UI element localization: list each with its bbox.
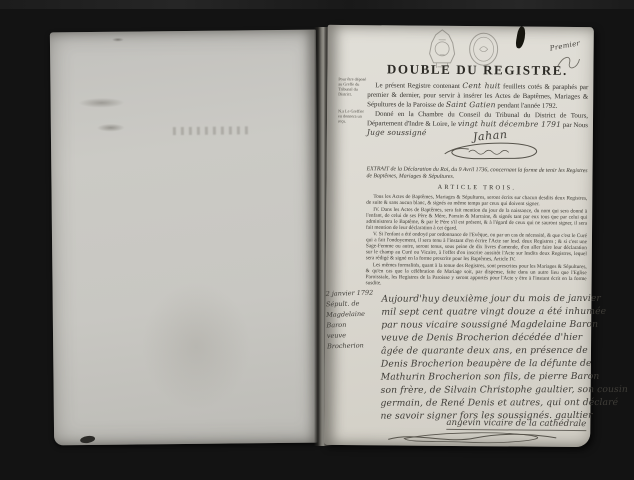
- ink-showthrough: [173, 126, 251, 135]
- margin-note-greffe: Pour être déposé au Greffe du Tribunal d…: [338, 77, 367, 97]
- margin-line: Brocherion: [327, 340, 382, 352]
- scan-top-edge: [0, 0, 634, 9]
- printed-text: Le présent Registre contenant: [375, 81, 462, 89]
- entry-line: germain, de René Denis et autres, qui on…: [381, 397, 619, 409]
- article-paragraph: Tous les Actes de Baptêmes, Mariages & S…: [366, 194, 587, 208]
- printed-text: par Nous: [561, 121, 588, 129]
- article-paragraph: IV. Dans les Actes de Baptêmes, sera fai…: [366, 207, 587, 233]
- folio-annotation: Premier: [549, 39, 581, 52]
- entry-line: par nous vicaire soussigné Magdelaine Ba…: [381, 319, 598, 331]
- paper-stain: [112, 38, 124, 42]
- preamble-paragraph-1: Le présent Registre contenant Cent huit …: [367, 80, 588, 110]
- register-scan: Premier DOUBLE DU REGISTRE. Pour être dé…: [0, 0, 634, 480]
- extrait-heading: EXTRAIT de la Déclaration du Roi, du 9 A…: [366, 165, 587, 181]
- extrait-block: EXTRAIT de la Déclaration du Roi, du 9 A…: [366, 165, 588, 289]
- handwritten-judge-title: Juge soussigné: [367, 128, 427, 138]
- signature-flourish-icon: [384, 429, 562, 449]
- entry-line: Denis Brocherion beaupère de la défunte …: [381, 358, 592, 370]
- entry-line: âgée de quarante deux ans, en présence d…: [381, 345, 588, 357]
- article-paragraph: V. Si l'enfant a été ondoyé par ordonnan…: [366, 231, 587, 263]
- signature-flourish-icon: [443, 138, 547, 165]
- entry-line: Mathurin Brocherion son fils, de pierre …: [381, 371, 600, 383]
- ink-spot: [80, 435, 96, 444]
- register-title-page: Premier DOUBLE DU REGISTRE. Pour être dé…: [324, 25, 594, 447]
- left-blank-page: [50, 30, 320, 446]
- paper-stain: [140, 280, 251, 411]
- article-paragraph: Les mêmes formalités, quant à la tenue d…: [366, 262, 587, 288]
- entry-line: son frère, de Silvain Christophe gaultie…: [381, 384, 628, 396]
- printed-text: pendant l'année 1792.: [496, 101, 558, 109]
- entry-margin-note: 2 janvier 1792 Sépult. de Magdelaine Bar…: [326, 287, 383, 351]
- margin-date: 2 janvier 1792: [326, 287, 381, 299]
- handwritten-parish-name: Saint Gatien: [446, 100, 496, 109]
- handwritten-folio-count: Cent huit: [462, 81, 500, 90]
- margin-note-recu: N.a Le Greffier en donnera un reçu.: [338, 109, 367, 124]
- ink-blot: [515, 26, 527, 49]
- entry-line: veuve de Denis Brocherion décédée d'hier: [381, 332, 582, 344]
- article-heading: ARTICLE TROIS.: [366, 183, 587, 192]
- handwritten-date: vingt huit décembre 1791: [458, 119, 561, 129]
- entry-line: Aujourd'huy deuxième jour du mois de jan…: [381, 293, 600, 305]
- paper-stain: [79, 98, 125, 108]
- entry-line: mil sept cent quatre vingt douze a été i…: [381, 306, 606, 318]
- page-title: DOUBLE DU REGISTRE.: [375, 61, 579, 79]
- paper-stain: [97, 124, 125, 132]
